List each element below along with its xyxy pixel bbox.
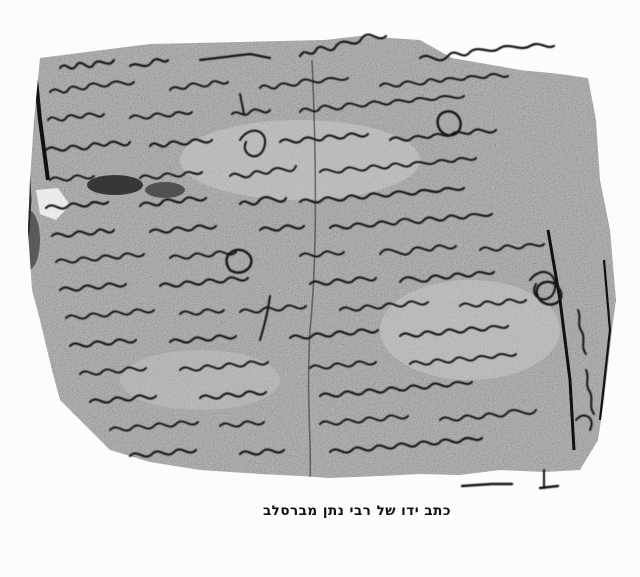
manuscript-caption: כתב ידו של רבי נתן מברסלב <box>232 500 482 522</box>
manuscript-image <box>0 0 640 500</box>
scanned-page: כתב ידו של רבי נתן מברסלב <box>0 0 640 577</box>
manuscript-fragment <box>0 0 640 500</box>
